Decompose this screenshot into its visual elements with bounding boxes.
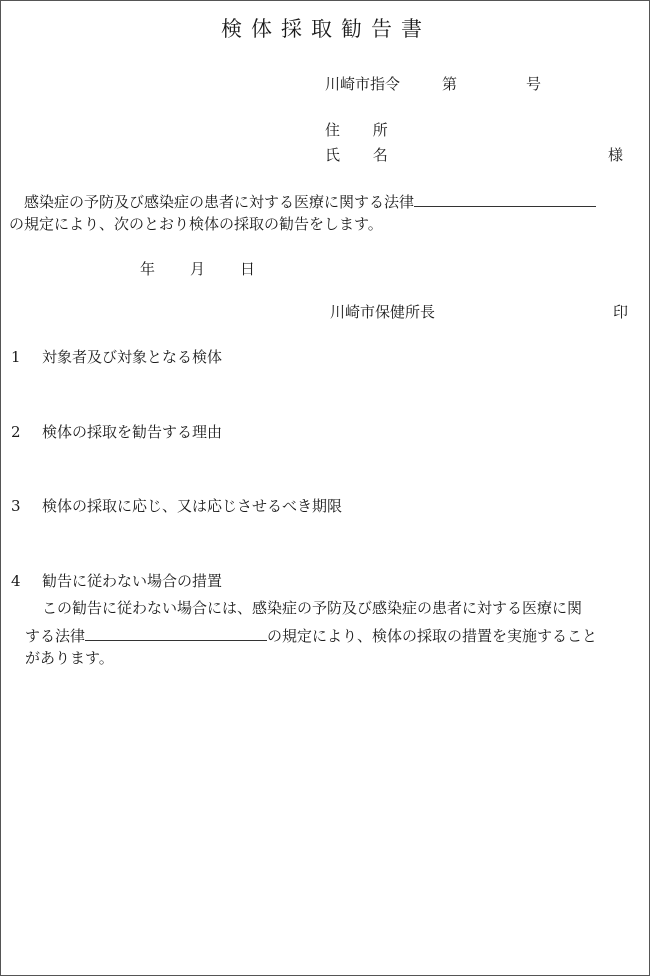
name-label: 氏 名 [325, 145, 402, 165]
section-4-body-line-2: する法律の規定により、検体の採取の措置を実施すること [25, 623, 597, 646]
section-4-number: 4 [11, 571, 21, 591]
section-1-number: 1 [11, 347, 21, 367]
law-article-blank-2 [85, 623, 267, 641]
intro-text-1: 感染症の予防及び感染症の患者に対する医療に関する法律 [24, 193, 414, 211]
document-page: 検体採取勧告書 川崎市指令 第 号 住 所 氏 名 様 感染症の予防及び感染症の… [0, 0, 650, 976]
section-4-body-line-2b: の規定により、検体の採取の措置を実施すること [267, 627, 597, 645]
intro-line-1: 感染症の予防及び感染症の患者に対する医療に関する法律 [24, 189, 596, 212]
date-day: 日 [240, 259, 255, 279]
document-title: 検体採取勧告書 [1, 15, 650, 43]
address-label: 住 所 [325, 120, 402, 140]
section-1-heading: 対象者及び対象となる検体 [42, 347, 222, 367]
issuer-ref-number-label: 第 [442, 74, 457, 94]
section-2-number: 2 [11, 422, 21, 442]
section-4-heading: 勧告に従わない場合の措置 [42, 571, 222, 591]
date-month: 月 [190, 259, 205, 279]
section-4-body-line-3: があります。 [25, 648, 114, 668]
section-4-body-line-2a: する法律 [25, 627, 85, 645]
issuer-ref-suffix: 号 [526, 74, 541, 94]
law-article-blank [414, 189, 596, 207]
date-year: 年 [140, 259, 155, 279]
section-2-heading: 検体の採取を勧告する理由 [42, 422, 222, 442]
section-3-heading: 検体の採取に応じ、又は応じさせるべき期限 [42, 496, 342, 516]
section-4-body-line-1: この勧告に従わない場合には、感染症の予防及び感染症の患者に対する医療に関 [42, 598, 582, 618]
honorific: 様 [608, 145, 623, 165]
intro-line-2: の規定により、次のとおり検体の採取の勧告をします。 [9, 214, 383, 234]
section-3-number: 3 [11, 496, 21, 516]
signatory-name: 川崎市保健所長 [330, 302, 435, 322]
issuer-ref-prefix: 川崎市指令 [325, 74, 400, 94]
seal-mark: 印 [613, 302, 628, 322]
